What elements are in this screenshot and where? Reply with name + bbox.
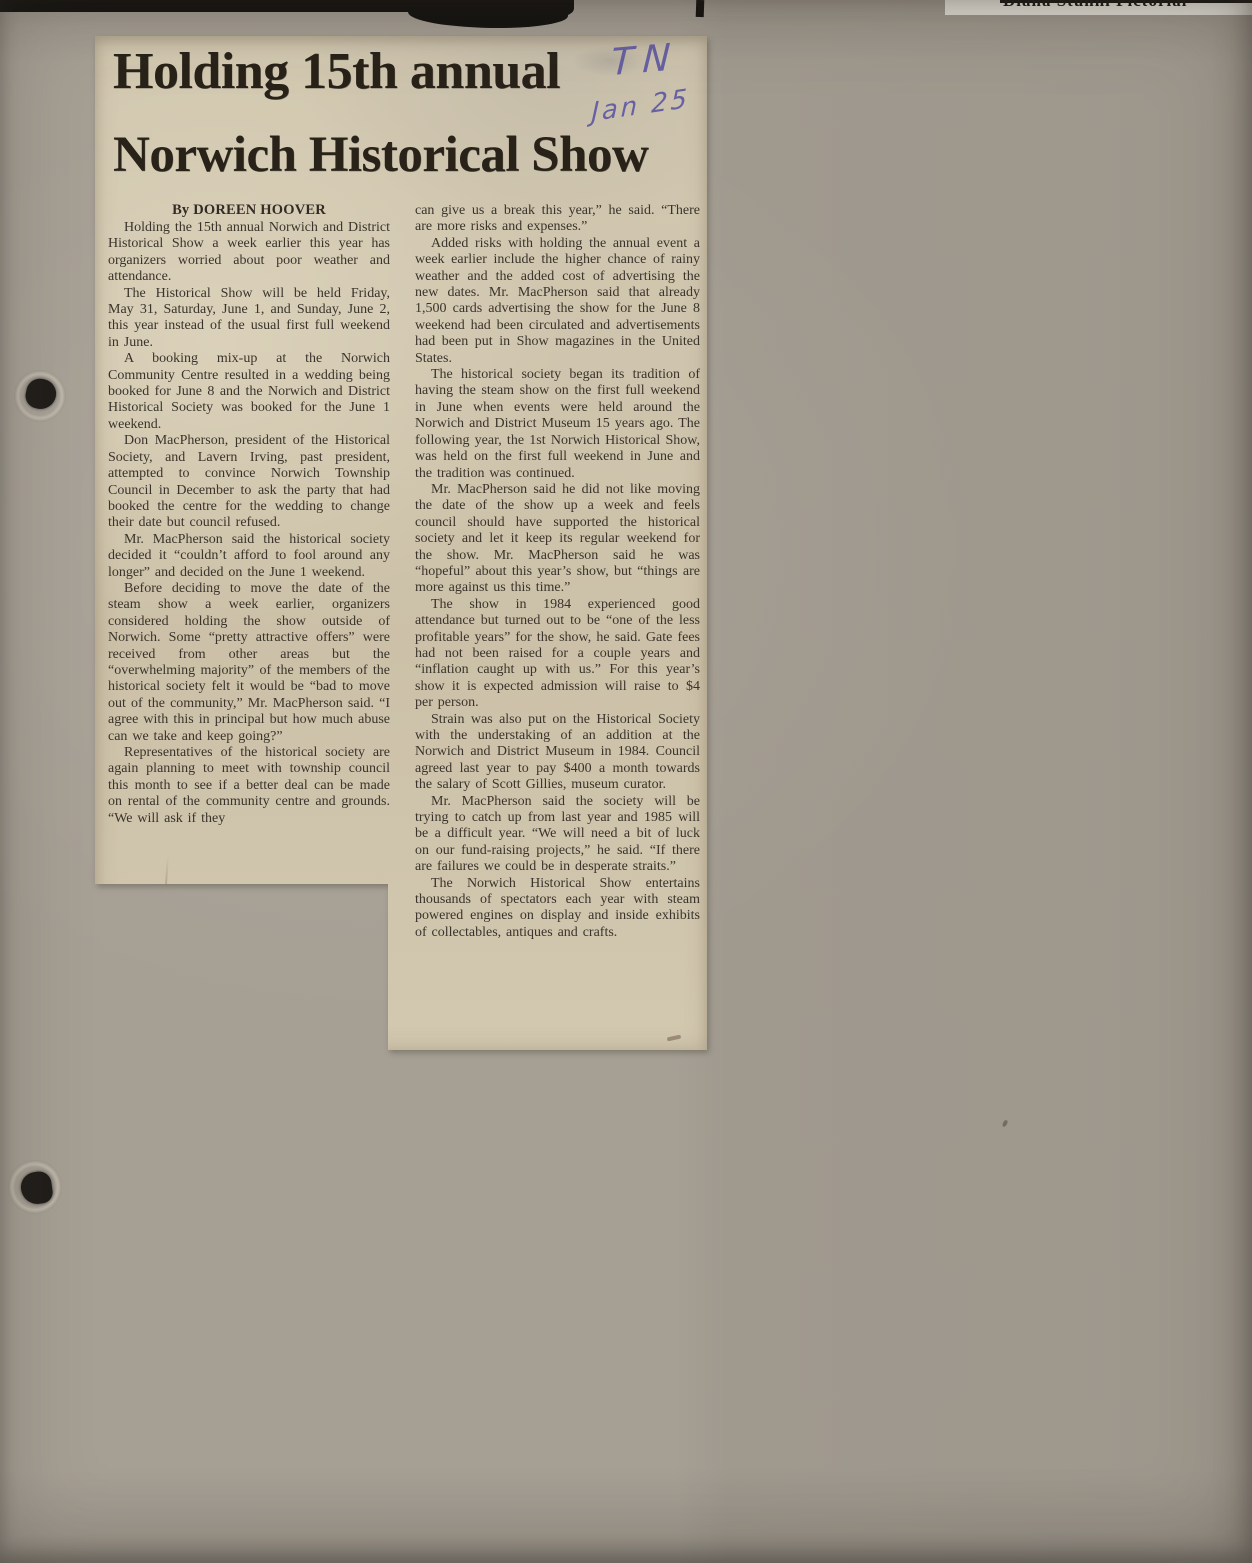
article-paragraph: A booking mix-up at the Norwich Communit…	[108, 351, 390, 433]
article-paragraph: Don MacPherson, president of the Histori…	[108, 433, 390, 531]
cutoff-headline-fragment: Diana Stunni Pictorial	[1003, 0, 1252, 11]
article-paragraph: Added risks with holding the annual even…	[415, 236, 700, 367]
hole-punch-bottom	[8, 1160, 62, 1214]
hole-punch-top	[14, 370, 66, 422]
article-column-2: can give us a break this year,” he said.…	[415, 203, 700, 941]
article-paragraph: Mr. MacPherson said the society will be …	[415, 794, 700, 876]
article-paragraph: Strain was also put on the Historical So…	[415, 712, 700, 794]
top-right-paper-edge: Diana Stunni Pictorial	[945, 0, 1252, 15]
headline-line-2: Norwich Historical Show	[113, 126, 648, 184]
page-speck	[1002, 1119, 1009, 1127]
scrapbook-page: Diana Stunni Pictorial Holding 15th annu…	[0, 0, 1252, 1563]
hole-punch-hole	[23, 376, 59, 412]
headline-line-1: Holding 15th annual	[113, 42, 560, 101]
article-paragraph: The show in 1984 experienced good attend…	[415, 597, 700, 712]
hole-punch-ring	[14, 370, 66, 422]
article-paragraph: can give us a break this year,” he said.…	[415, 203, 700, 236]
article-paragraph: Representatives of the historical societ…	[108, 745, 390, 827]
handwritten-initials: TN	[610, 35, 680, 84]
ink-blob	[540, 0, 574, 17]
paper-crease	[163, 856, 169, 912]
article-paragraph: Mr. MacPherson said the historical socie…	[108, 532, 390, 581]
byline: By DOREEN HOOVER	[108, 202, 390, 219]
corner-pen-mark	[667, 1035, 682, 1042]
article-paragraph: Before deciding to move the date of the …	[108, 581, 390, 745]
top-edge-black-tick	[696, 0, 705, 17]
hole-punch-hole	[19, 1170, 54, 1206]
article-paragraph: The historical society began its traditi…	[415, 367, 700, 482]
article-paragraph: The Historical Show will be held Friday,…	[108, 286, 390, 352]
article-paragraph: The Norwich Historical Show entertains t…	[415, 876, 700, 942]
article-column-1: Holding the 15th annual Norwich and Dist…	[108, 220, 390, 827]
clipping-shadow-wrapper: Holding 15th annual Norwich Historical S…	[95, 36, 707, 1050]
article-paragraph: Holding the 15th annual Norwich and Dist…	[108, 220, 390, 286]
article-paragraph: Mr. MacPherson said he did not like movi…	[415, 482, 700, 597]
handwritten-date: Jan 25	[591, 84, 691, 128]
newspaper-clipping: Holding 15th annual Norwich Historical S…	[95, 36, 707, 1050]
hole-punch-ring	[8, 1160, 62, 1214]
